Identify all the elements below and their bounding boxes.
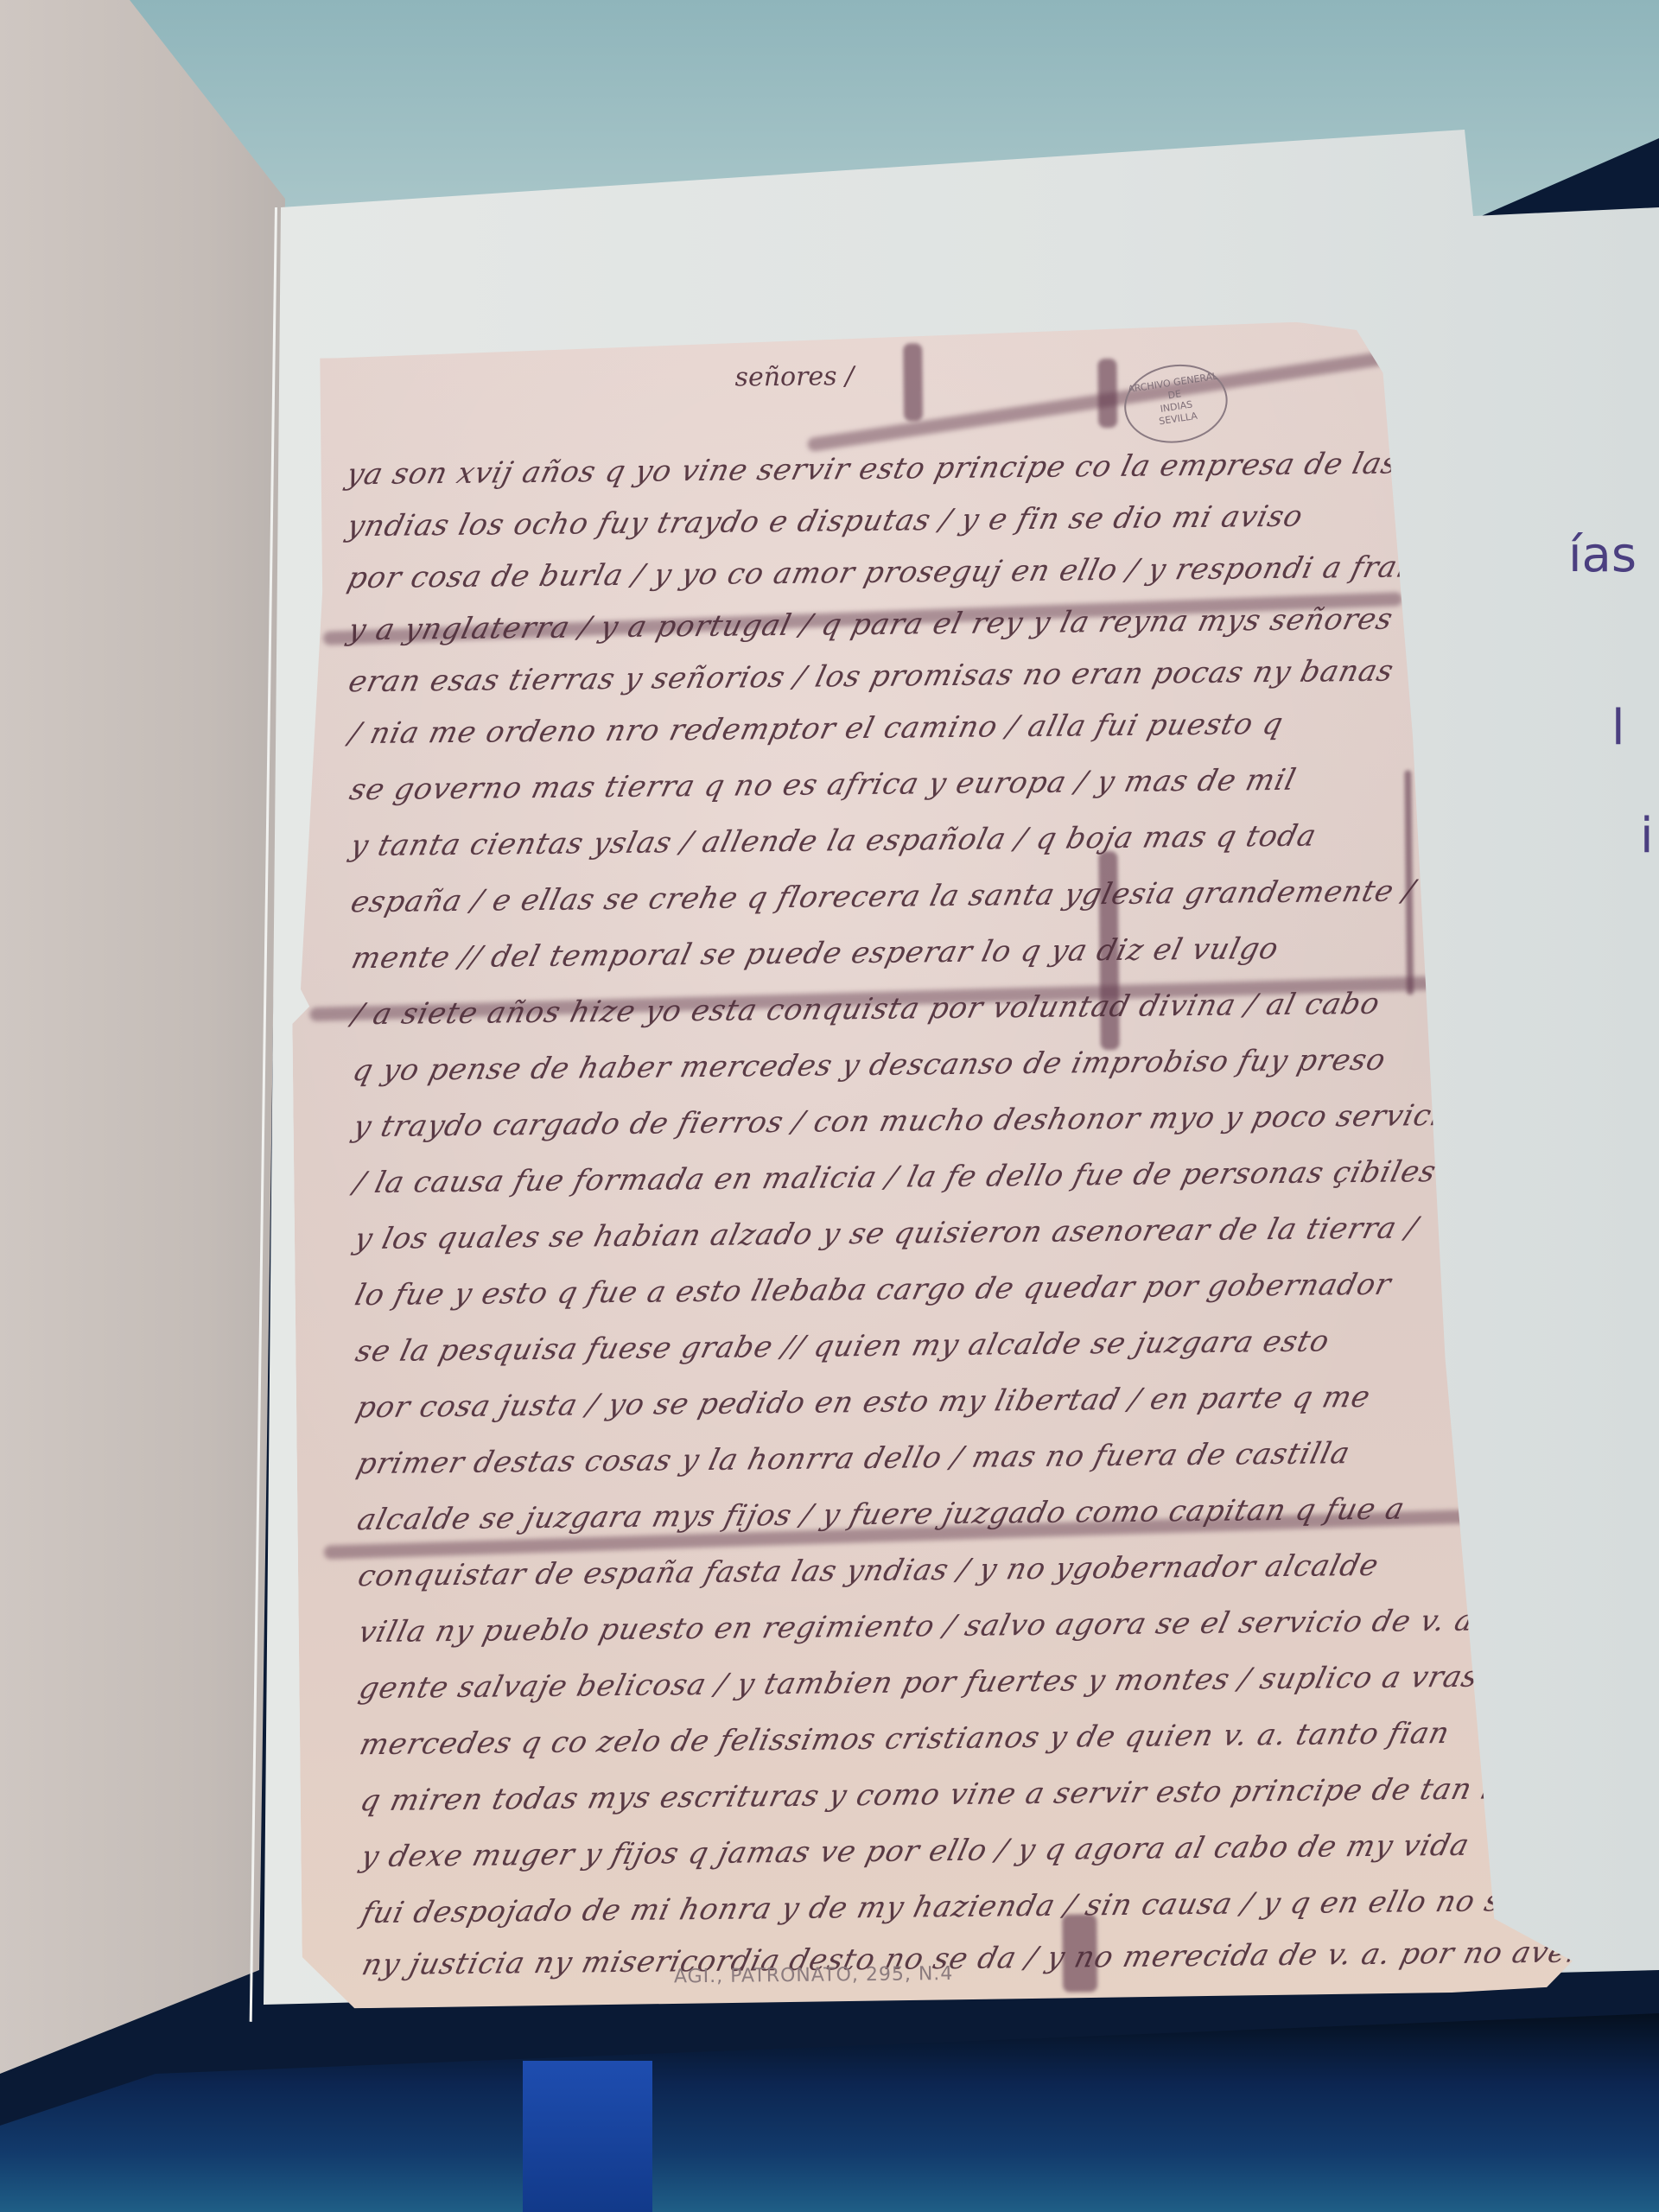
manuscript-letter: señores / ARCHIVO GENERAL DE INDIAS SEVI…: [285, 320, 1573, 2035]
manuscript-line: eran esas tierras y señorios / los promi…: [345, 654, 1397, 700]
manuscript-line: y a ynglaterra / y a portugal / q para e…: [345, 602, 1396, 648]
manuscript-line: y dexe muger y fijos q jamas ve por ello…: [358, 1828, 1473, 1875]
manuscript-line: se la pesquisa fuese grabe // quien my a…: [353, 1324, 1333, 1369]
manuscript-line: españa / e ellas se crehe q florecera la…: [347, 874, 1419, 919]
right-page-text-fragment: l: [1611, 700, 1625, 756]
manuscript-line: y los quales se habian alzado y se quisi…: [351, 1211, 1421, 1256]
manuscript-line: y traydo cargado de fierros / con mucho …: [350, 1096, 1586, 1144]
manuscript-line: mente // del temporal se puede esperar l…: [348, 931, 1282, 976]
manuscript-line: lo fue y esto q fue a esto llebaba cargo…: [352, 1268, 1395, 1313]
manuscript-heading: señores /: [734, 361, 854, 392]
right-page-text-fragment: ías: [1568, 527, 1637, 583]
manuscript-line: villa ny pueblo puesto en regimiento / s…: [355, 1604, 1488, 1650]
manuscript-line: conquistar de españa fasta las yndias / …: [354, 1548, 1382, 1593]
manuscript-line: por cosa justa / yo se pedido en esto my…: [353, 1380, 1374, 1425]
manuscript-line: gente salvaje belicosa / y tambien por f…: [356, 1660, 1483, 1707]
manuscript-line: q miren todas mys escrituras y como vine…: [357, 1771, 1567, 1819]
manuscript-line: / a siete años hize yo esta conquista po…: [348, 987, 1383, 1033]
manuscript-line: mercedes q co zelo de felissimos cristia…: [356, 1716, 1453, 1762]
ink-stain: [903, 343, 923, 421]
ink-stain: [1097, 359, 1117, 428]
manuscript-line: yndias los ocho fuy traydo e disputas / …: [344, 499, 1307, 544]
archive-reference: AGI., PATRONATO, 295, N.4: [674, 1963, 954, 1987]
manuscript-line: se governo mas tierra q no es africa y e…: [346, 763, 1300, 808]
archive-stamp: ARCHIVO GENERAL DE INDIAS SEVILLA: [1119, 358, 1233, 450]
manuscript-line: ny justicia ny misericordia desto no se …: [359, 1935, 1586, 1982]
manuscript-line: y tanta cientas yslas / allende la españ…: [346, 818, 1319, 863]
manuscript-line: fui despojado de mi honra y de my hazien…: [358, 1883, 1644, 1931]
manuscript-line: / la causa fue formada en malicia / la f…: [351, 1154, 1440, 1200]
right-page-text-fragment: i: [1640, 808, 1654, 864]
left-book-page: [0, 0, 294, 2074]
manuscript-line: primer destas cosas y la honrra dello / …: [353, 1436, 1354, 1481]
bookmark-ribbon: [523, 2061, 652, 2212]
manuscript-line: alcalde se juzgara mys fijos / y fuere j…: [354, 1491, 1408, 1537]
manuscript-line: por cosa de burla / y yo co amor prosegu…: [344, 550, 1466, 596]
manuscript-line: / nia me ordeno nro redemptor el camino …: [346, 707, 1287, 751]
manuscript-line: ya son xvij años q yo vine servir esto p…: [343, 446, 1402, 492]
manuscript-line: q yo pense de haber mercedes y descanso …: [349, 1043, 1389, 1089]
